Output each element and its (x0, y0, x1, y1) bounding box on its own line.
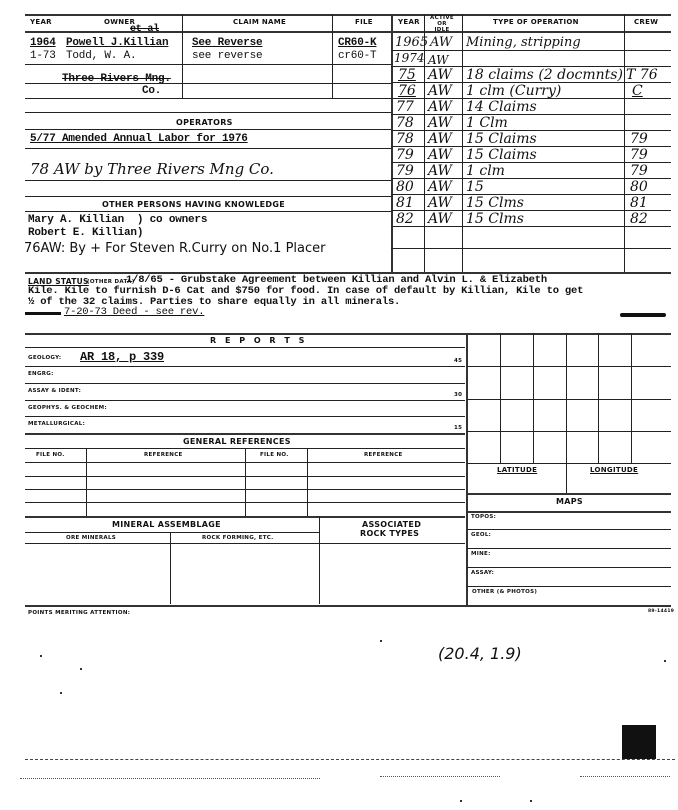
op-year: 78 (396, 131, 414, 147)
scan-artifact-noise (20, 778, 320, 781)
report-value-geology: AR 18, p 339 (80, 350, 164, 364)
divider (462, 14, 463, 272)
associated-rock-types-title-1: ASSOCIATED (362, 520, 421, 529)
op-crew: 80 (630, 179, 648, 195)
ref-header-file-no: FILE NO. (36, 452, 65, 458)
op-crew: 79 (630, 131, 648, 147)
mineral-assemblage-title: MINERAL ASSEMBLAGE (112, 520, 221, 529)
col-header-active-idle: ACTIVE OR IDLE (430, 15, 454, 33)
op-type: 14 Claims (466, 99, 537, 115)
op-crew: 79 (630, 163, 648, 179)
divider (624, 14, 625, 272)
owner-row-name: Co. (142, 85, 161, 97)
op-year: 1965 (395, 35, 428, 50)
scan-artifact-block (622, 725, 656, 759)
row-line (25, 211, 391, 212)
scan-speck (60, 692, 62, 694)
grid-line (467, 431, 671, 432)
report-label-assay: ASSAY & IDENT: (28, 388, 81, 394)
op-crew: T 76 (626, 67, 658, 83)
general-references-title: GENERAL REFERENCES (183, 437, 291, 446)
divider (245, 448, 246, 516)
grid-line (500, 333, 501, 463)
divider (391, 14, 393, 272)
section-border (25, 433, 465, 435)
divider (466, 333, 468, 605)
scan-speck (460, 800, 462, 802)
op-year: 81 (396, 195, 414, 211)
grid-line (533, 333, 534, 463)
other-persons-handwritten: 76AW: By + For Steven R.Curry on No.1 Pl… (24, 241, 325, 256)
divider (332, 14, 333, 74)
report-margin-number: 15 (454, 425, 462, 431)
scan-speck (40, 655, 42, 657)
op-crew: 81 (630, 195, 648, 211)
op-status: AW (430, 35, 452, 50)
map-label-other-photos: OTHER (& PHOTOS) (472, 589, 537, 595)
ore-minerals-header: ORE MINERALS (66, 535, 116, 541)
rock-forming-header: ROCK FORMING, ETC. (202, 535, 273, 541)
op-year: 76 (398, 83, 416, 99)
scan-speck (530, 800, 532, 802)
scan-artifact-line (25, 759, 675, 760)
section-border (467, 511, 671, 513)
other-persons-title: OTHER PERSONS HAVING KNOWLEDGE (102, 200, 285, 209)
op-status: AW (428, 211, 452, 227)
grid-line (598, 333, 599, 463)
op-status: AW (428, 147, 452, 163)
col-header-claim-name: CLAIM NAME (233, 18, 286, 26)
row-line (25, 112, 391, 113)
report-label-engrg: ENGRG: (28, 371, 54, 377)
scan-speck (380, 640, 382, 642)
redaction-mark (620, 313, 666, 317)
maps-title: MAPS (556, 497, 583, 506)
op-type: Mining, stripping (466, 35, 581, 50)
handwritten-coordinates: (20.4, 1.9) (438, 644, 522, 663)
divider (170, 532, 171, 604)
grid-line (467, 366, 671, 367)
owner-row-claim: See Reverse (192, 37, 262, 49)
row-line (25, 83, 391, 84)
section-border (25, 516, 465, 518)
op-crew: C (632, 83, 643, 99)
op-status: AW (428, 195, 452, 211)
grid-line (631, 333, 632, 463)
owner-row-year: 1-73 (30, 50, 56, 62)
section-border (25, 333, 671, 335)
op-type: 1 clm (466, 163, 505, 179)
row-line (25, 383, 465, 384)
row-line (25, 400, 465, 401)
row-line (25, 98, 391, 99)
op-type: 1 clm (Curry) (466, 83, 561, 99)
op-year: 1974 (394, 51, 425, 65)
longitude-label: LONGITUDE (590, 466, 638, 474)
grid-line (467, 463, 671, 464)
row-line (391, 50, 671, 51)
row-line (25, 543, 465, 544)
operators-line-1: 5/77 Amended Annual Labor for 1976 (30, 133, 248, 145)
col-header-file: FILE (355, 18, 373, 26)
report-label-metallurgical: METALLURGICAL: (28, 421, 85, 427)
map-label-geol: GEOL: (471, 532, 491, 538)
ref-header-reference-2: REFERENCE (364, 452, 403, 458)
op-type: 1 Clm (466, 115, 508, 131)
scan-speck (80, 668, 82, 670)
op-year: 79 (396, 163, 414, 179)
op-type: 15 (466, 179, 484, 195)
header-bottom-border (25, 31, 671, 33)
op-type: 15 Clms (466, 195, 524, 211)
row-line (25, 347, 465, 348)
owner-row-file: CR60-K (338, 37, 376, 49)
op-status: AW (428, 179, 452, 195)
op-type: 15 Claims (466, 147, 537, 163)
divider (86, 448, 87, 516)
form-number: 89-14419 (648, 609, 674, 614)
op-status: AW (428, 99, 452, 115)
op-status: AW (428, 163, 452, 179)
op-year: 77 (396, 99, 414, 115)
row-line (25, 148, 391, 149)
row-line (25, 64, 391, 65)
reports-title: R E P O R T S (210, 336, 307, 345)
operators-line-2: 78 AW by Three Rivers Mng Co. (30, 160, 274, 178)
op-crew: 82 (630, 211, 648, 227)
row-line (467, 586, 671, 587)
owner-row-name: Todd, W. A. (66, 50, 136, 62)
owner-row-name: Powell J.Killian (66, 37, 168, 49)
redaction-mark (25, 312, 61, 315)
row-line (25, 196, 391, 197)
divider (566, 463, 567, 493)
row-line (25, 416, 465, 417)
op-status: AW (428, 67, 452, 83)
op-status: AW (428, 83, 452, 99)
map-label-assay: ASSAY: (471, 570, 494, 576)
op-type: 18 claims (2 docmnts) (466, 67, 623, 83)
report-margin-number: 45 (454, 358, 462, 364)
scan-artifact-noise (580, 776, 670, 779)
row-line (25, 532, 320, 533)
divider (319, 516, 320, 604)
ref-header-reference: REFERENCE (144, 452, 183, 458)
scan-speck (664, 660, 666, 662)
row-line (467, 567, 671, 568)
row-line (25, 180, 391, 181)
col-header-op-year: YEAR (398, 18, 420, 26)
row-line (25, 129, 391, 130)
op-year: 78 (396, 115, 414, 131)
scan-artifact-noise (380, 776, 500, 779)
col-header-year: YEAR (30, 18, 52, 26)
divider (307, 448, 308, 516)
other-person-line-2: Robert E. Killian) (28, 227, 143, 239)
owner-row-file: cr60-T (338, 50, 376, 62)
land-status-line-4: 7-20-73 Deed - see rev. (64, 306, 204, 318)
operators-title: OPERATORS (176, 118, 233, 127)
row-line (25, 366, 465, 367)
row-line (391, 248, 671, 249)
ref-header-file-no-2: FILE NO. (260, 452, 289, 458)
section-border (25, 605, 671, 607)
top-border (25, 14, 671, 16)
divider (182, 14, 183, 74)
op-type: 15 Clms (466, 211, 524, 227)
section-border (467, 493, 671, 495)
op-year: 82 (396, 211, 414, 227)
op-status: AW (428, 115, 452, 131)
associated-rock-types-title-2: ROCK TYPES (360, 529, 419, 538)
op-status: AW (428, 131, 452, 147)
divider (332, 74, 333, 98)
row-line (467, 548, 671, 549)
points-meriting-attention-label: POINTS MERITING ATTENTION: (28, 610, 130, 616)
other-person-line-1: Mary A. Killian ) co owners (28, 214, 207, 226)
report-label-geophys: GEOPHYS. & GEOCHEM: (28, 405, 107, 411)
owner-row-claim: see reverse (192, 50, 262, 62)
report-label-geology: GEOLOGY: (28, 355, 61, 361)
col-header-operation-type: TYPE OF OPERATION (493, 18, 579, 26)
grid-line (566, 333, 567, 463)
col-header-crew: CREW (634, 18, 658, 26)
owner-note: et al (130, 24, 159, 35)
op-year: 75 (398, 67, 416, 83)
map-label-topos: TOPOS: (471, 514, 496, 520)
grid-line (467, 399, 671, 400)
map-label-mine: MINE: (471, 551, 491, 557)
divider (182, 74, 183, 98)
owner-row-year: 1964 (30, 37, 56, 49)
op-type: 15 Claims (466, 131, 537, 147)
report-margin-number: 30 (454, 392, 462, 398)
op-year: 80 (396, 179, 414, 195)
op-status: AW (428, 53, 449, 67)
op-year: 79 (396, 147, 414, 163)
op-crew: 79 (630, 147, 648, 163)
latitude-label: LATITUDE (497, 466, 537, 474)
row-line (467, 529, 671, 530)
